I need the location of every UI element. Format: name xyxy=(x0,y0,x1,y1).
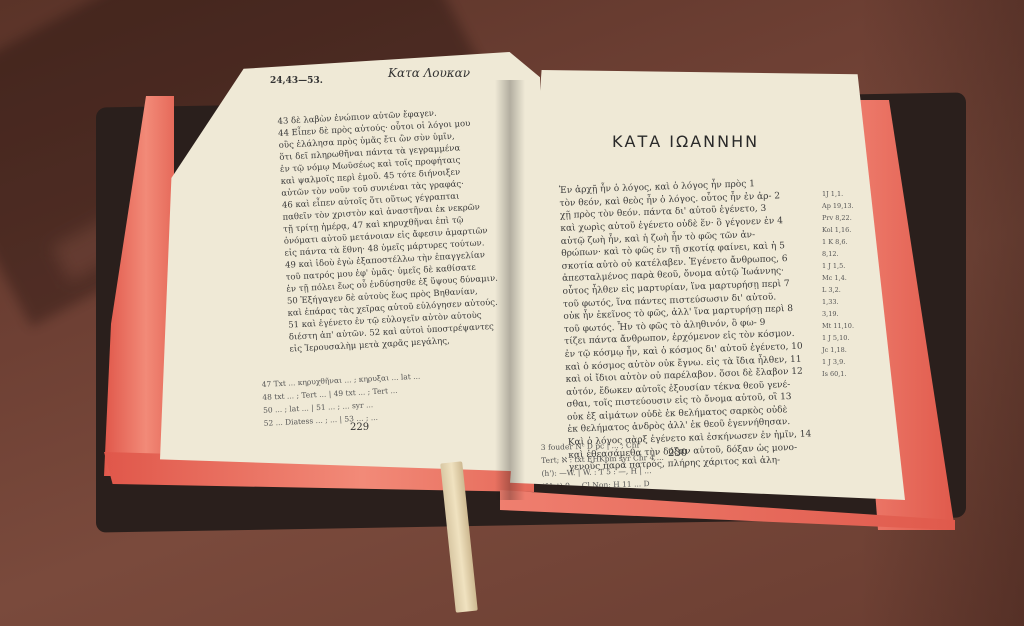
left-apparatus: 47 Txt ... κηρυχθῆναι ... ; κηρυξαι ... … xyxy=(260,344,424,456)
left-page: Κατα Λουκαν 24,43—53. 43 δὲ λαβὼν ἐνώπιο… xyxy=(160,52,540,472)
left-page-number: 229 xyxy=(350,422,369,433)
right-margin-refs: 1J 1,1.Ap 19,13.Prv 8,22.Kol 1,16.1 K 8,… xyxy=(822,164,854,404)
right-page-number: 230 xyxy=(668,448,687,459)
right-page: ΚΑΤΑ ΙΩΑΝΝΗΝ Ἐν ἀρχῇ ἦν ὁ λόγος, καὶ ὁ λ… xyxy=(510,70,905,500)
left-body-text: 43 δὲ λαβὼν ἐνώπιον αὐτῶν ἔφαγεν.44 Εἶπε… xyxy=(276,81,503,380)
open-bible: Κατα Λουκαν 24,43—53. 43 δὲ λαβὼν ἐνώπιο… xyxy=(0,0,1024,626)
left-running-head: Κατα Λουκαν xyxy=(388,66,470,80)
left-chapter-ref: 24,43—53. xyxy=(270,76,323,86)
right-book-title: ΚΑΤΑ ΙΩΑΝΝΗΝ xyxy=(612,132,759,151)
